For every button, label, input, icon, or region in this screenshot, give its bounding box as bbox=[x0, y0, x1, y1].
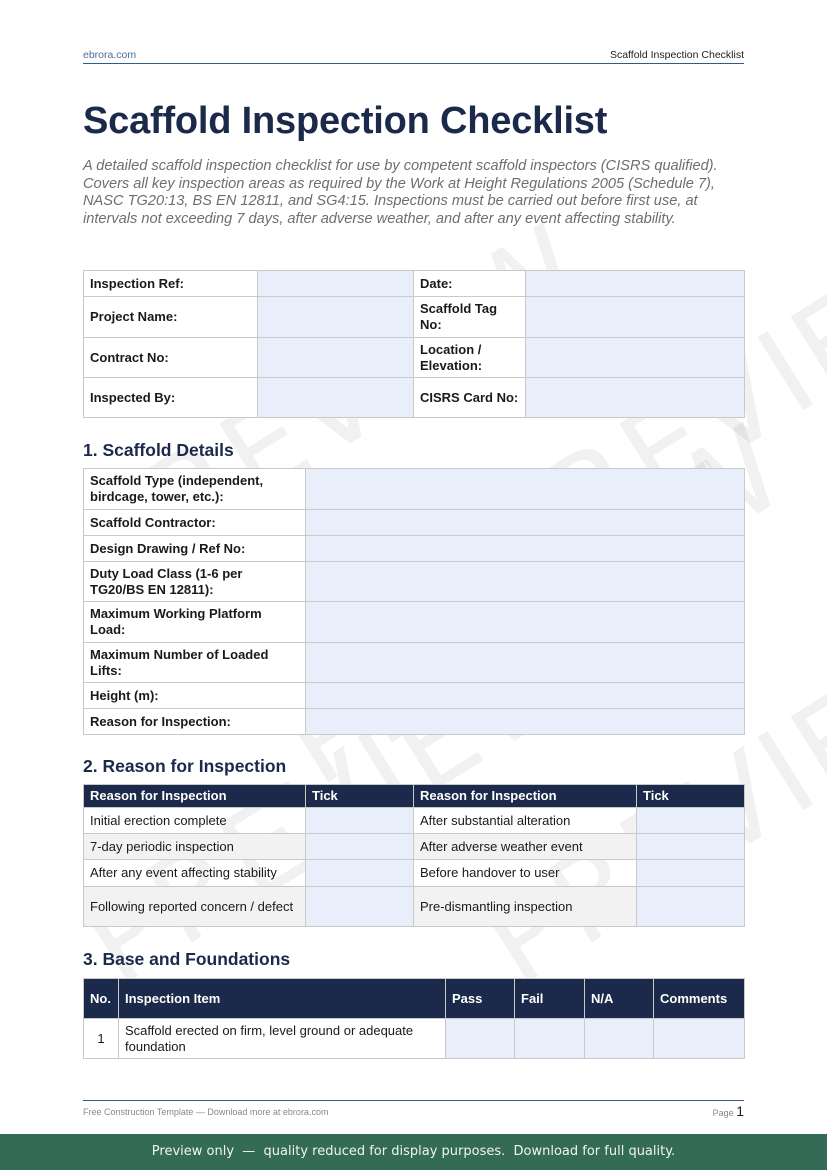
field-input[interactable] bbox=[306, 562, 745, 602]
field-input[interactable] bbox=[306, 643, 745, 683]
page-number: Page 1 bbox=[713, 1103, 744, 1119]
column-header: Pass bbox=[446, 979, 515, 1019]
field-label: Scaffold Tag No: bbox=[414, 297, 526, 338]
field-label: Date: bbox=[414, 271, 526, 297]
field-input[interactable] bbox=[306, 602, 745, 643]
detail-row: Duty Load Class (1-6 per TG20/BS EN 1281… bbox=[84, 562, 745, 602]
field-input[interactable] bbox=[526, 271, 745, 297]
field-label: Reason for Inspection: bbox=[84, 709, 306, 735]
pass-checkbox[interactable] bbox=[446, 1019, 515, 1059]
column-header: Comments bbox=[654, 979, 745, 1019]
reason-text: Following reported concern / defect bbox=[84, 887, 306, 927]
detail-row: Reason for Inspection: bbox=[84, 709, 745, 735]
tick-box[interactable] bbox=[306, 834, 414, 860]
item-number: 1 bbox=[84, 1019, 119, 1059]
column-header: Reason for Inspection bbox=[84, 785, 306, 808]
field-label: Location / Elevation: bbox=[414, 338, 526, 378]
field-label: CISRS Card No: bbox=[414, 378, 526, 418]
field-input[interactable] bbox=[258, 271, 414, 297]
column-header: Reason for Inspection bbox=[414, 785, 637, 808]
field-input[interactable] bbox=[306, 536, 745, 562]
na-checkbox[interactable] bbox=[585, 1019, 654, 1059]
field-input[interactable] bbox=[258, 338, 414, 378]
tick-box[interactable] bbox=[306, 808, 414, 834]
field-input[interactable] bbox=[258, 297, 414, 338]
section-heading: 1. Scaffold Details bbox=[83, 440, 234, 461]
base-foundations-table: No.Inspection ItemPassFailN/AComments 1S… bbox=[83, 978, 745, 1059]
detail-row: Scaffold Contractor: bbox=[84, 510, 745, 536]
tick-box[interactable] bbox=[637, 808, 745, 834]
field-label: Maximum Number of Loaded Lifts: bbox=[84, 643, 306, 683]
section-heading: 3. Base and Foundations bbox=[83, 949, 290, 970]
tick-box[interactable] bbox=[637, 860, 745, 887]
detail-row: Maximum Number of Loaded Lifts: bbox=[84, 643, 745, 683]
header-site-link[interactable]: ebrora.com bbox=[83, 49, 136, 61]
reason-text: Pre-dismantling inspection bbox=[414, 887, 637, 927]
inspection-item: Scaffold erected on firm, level ground o… bbox=[119, 1019, 446, 1059]
field-input[interactable] bbox=[526, 297, 745, 338]
table-row: 7-day periodic inspectionAfter adverse w… bbox=[84, 834, 745, 860]
tick-box[interactable] bbox=[637, 834, 745, 860]
column-header: N/A bbox=[585, 979, 654, 1019]
page-title: Scaffold Inspection Checklist bbox=[83, 100, 607, 143]
field-label: Height (m): bbox=[84, 683, 306, 709]
info-table: Inspection Ref:Date:Project Name:Scaffol… bbox=[83, 270, 745, 418]
reason-text: 7-day periodic inspection bbox=[84, 834, 306, 860]
table-row: Initial erection completeAfter substanti… bbox=[84, 808, 745, 834]
field-label: Scaffold Contractor: bbox=[84, 510, 306, 536]
field-input[interactable] bbox=[306, 683, 745, 709]
section-heading: 2. Reason for Inspection bbox=[83, 756, 286, 777]
reason-text: Before handover to user bbox=[414, 860, 637, 887]
field-label: Project Name: bbox=[84, 297, 258, 338]
preview-banner: Preview only — quality reduced for displ… bbox=[0, 1134, 827, 1170]
table-row: 1Scaffold erected on firm, level ground … bbox=[84, 1019, 745, 1059]
tick-box[interactable] bbox=[637, 887, 745, 927]
info-row: Inspected By:CISRS Card No: bbox=[84, 378, 745, 418]
reason-table: Reason for InspectionTickReason for Insp… bbox=[83, 784, 745, 927]
field-input[interactable] bbox=[306, 510, 745, 536]
running-header: ebrora.com Scaffold Inspection Checklist bbox=[83, 49, 744, 64]
field-label: Contract No: bbox=[84, 338, 258, 378]
info-row: Project Name:Scaffold Tag No: bbox=[84, 297, 745, 338]
fail-checkbox[interactable] bbox=[515, 1019, 585, 1059]
column-header: Tick bbox=[306, 785, 414, 808]
field-label: Maximum Working Platform Load: bbox=[84, 602, 306, 643]
detail-row: Design Drawing / Ref No: bbox=[84, 536, 745, 562]
field-label: Scaffold Type (independent, birdcage, to… bbox=[84, 469, 306, 510]
column-header: No. bbox=[84, 979, 119, 1019]
reason-text: Initial erection complete bbox=[84, 808, 306, 834]
reason-text: After adverse weather event bbox=[414, 834, 637, 860]
column-header: Fail bbox=[515, 979, 585, 1019]
info-row: Inspection Ref:Date: bbox=[84, 271, 745, 297]
table-row: After any event affecting stabilityBefor… bbox=[84, 860, 745, 887]
reason-text: After substantial alteration bbox=[414, 808, 637, 834]
field-label: Inspected By: bbox=[84, 378, 258, 418]
field-input[interactable] bbox=[306, 469, 745, 510]
detail-row: Height (m): bbox=[84, 683, 745, 709]
tick-box[interactable] bbox=[306, 860, 414, 887]
info-row: Contract No:Location / Elevation: bbox=[84, 338, 745, 378]
field-input[interactable] bbox=[306, 709, 745, 735]
footer-text: Free Construction Template — Download mo… bbox=[83, 1107, 328, 1117]
page-footer: Free Construction Template — Download mo… bbox=[83, 1100, 744, 1121]
field-label: Design Drawing / Ref No: bbox=[84, 536, 306, 562]
intro-paragraph: A detailed scaffold inspection checklist… bbox=[83, 158, 744, 228]
field-input[interactable] bbox=[526, 378, 745, 418]
field-label: Duty Load Class (1-6 per TG20/BS EN 1281… bbox=[84, 562, 306, 602]
reason-text: After any event affecting stability bbox=[84, 860, 306, 887]
column-header: Tick bbox=[637, 785, 745, 808]
detail-row: Scaffold Type (independent, birdcage, to… bbox=[84, 469, 745, 510]
table-row: Following reported concern / defectPre-d… bbox=[84, 887, 745, 927]
field-input[interactable] bbox=[258, 378, 414, 418]
comments-input[interactable] bbox=[654, 1019, 745, 1059]
field-label: Inspection Ref: bbox=[84, 271, 258, 297]
header-doc-title: Scaffold Inspection Checklist bbox=[610, 49, 744, 61]
tick-box[interactable] bbox=[306, 887, 414, 927]
detail-row: Maximum Working Platform Load: bbox=[84, 602, 745, 643]
column-header: Inspection Item bbox=[119, 979, 446, 1019]
field-input[interactable] bbox=[526, 338, 745, 378]
scaffold-details-table: Scaffold Type (independent, birdcage, to… bbox=[83, 468, 745, 735]
